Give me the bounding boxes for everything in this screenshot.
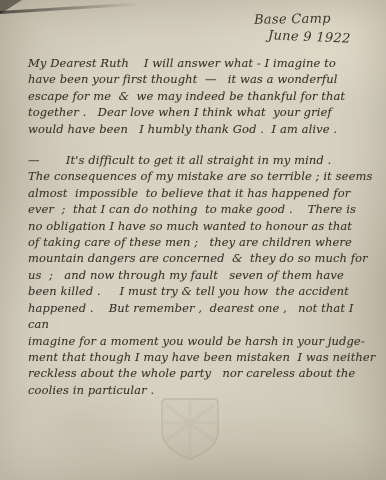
- letter-date: June 9 1922: [268, 28, 351, 47]
- paper-corner-shadow: [0, 0, 22, 14]
- letter-line: been killed . I must try & tell you how …: [28, 283, 376, 299]
- shield-watermark-icon: [158, 397, 222, 461]
- letter-paragraph: — It's difficult to get it all straight …: [28, 152, 376, 398]
- letter-photo: Base Camp June 9 1922 My Dearest Ruth I …: [0, 0, 386, 480]
- letter-body: My Dearest Ruth I will answer what - I i…: [28, 55, 376, 398]
- letter-line: reckless about the whole party nor carel…: [28, 365, 376, 381]
- letter-line: escape for me & we may indeed be thankfu…: [28, 88, 376, 104]
- letter-line: almost impossible to believe that it has…: [28, 185, 376, 201]
- letter-line: no obligation I have so much wanted to h…: [28, 218, 376, 234]
- letter-location: Base Camp: [254, 11, 351, 28]
- letter-line: ever ; that I can do nothing to make goo…: [28, 201, 376, 217]
- letter-line: imagine for a moment you would be harsh …: [28, 333, 376, 349]
- letter-line: mountain dangers are concerned & they do…: [28, 250, 376, 266]
- letter-line: of taking care of these men ; they are c…: [28, 234, 376, 250]
- letter-line: happened . But remember , dearest one , …: [28, 300, 376, 333]
- letter-line: together . Dear love when I think what y…: [28, 104, 376, 120]
- letter-line: The consequences of my mistake are so te…: [28, 168, 376, 184]
- letter-line: — It's difficult to get it all straight …: [28, 152, 376, 168]
- letter-paragraph: My Dearest Ruth I will answer what - I i…: [28, 55, 376, 137]
- letter-line: ment that though I may have been mistake…: [28, 349, 376, 365]
- letter-heading: Base Camp June 9 1922: [254, 12, 351, 45]
- letter-line: have been your first thought — it was a …: [28, 71, 376, 87]
- letter-line: coolies in particular .: [28, 382, 376, 398]
- letter-line: would have been I humbly thank God . I a…: [28, 121, 376, 137]
- letter-line: us ; and now through my fault seven of t…: [28, 267, 376, 283]
- letter-line: My Dearest Ruth I will answer what - I i…: [28, 55, 376, 71]
